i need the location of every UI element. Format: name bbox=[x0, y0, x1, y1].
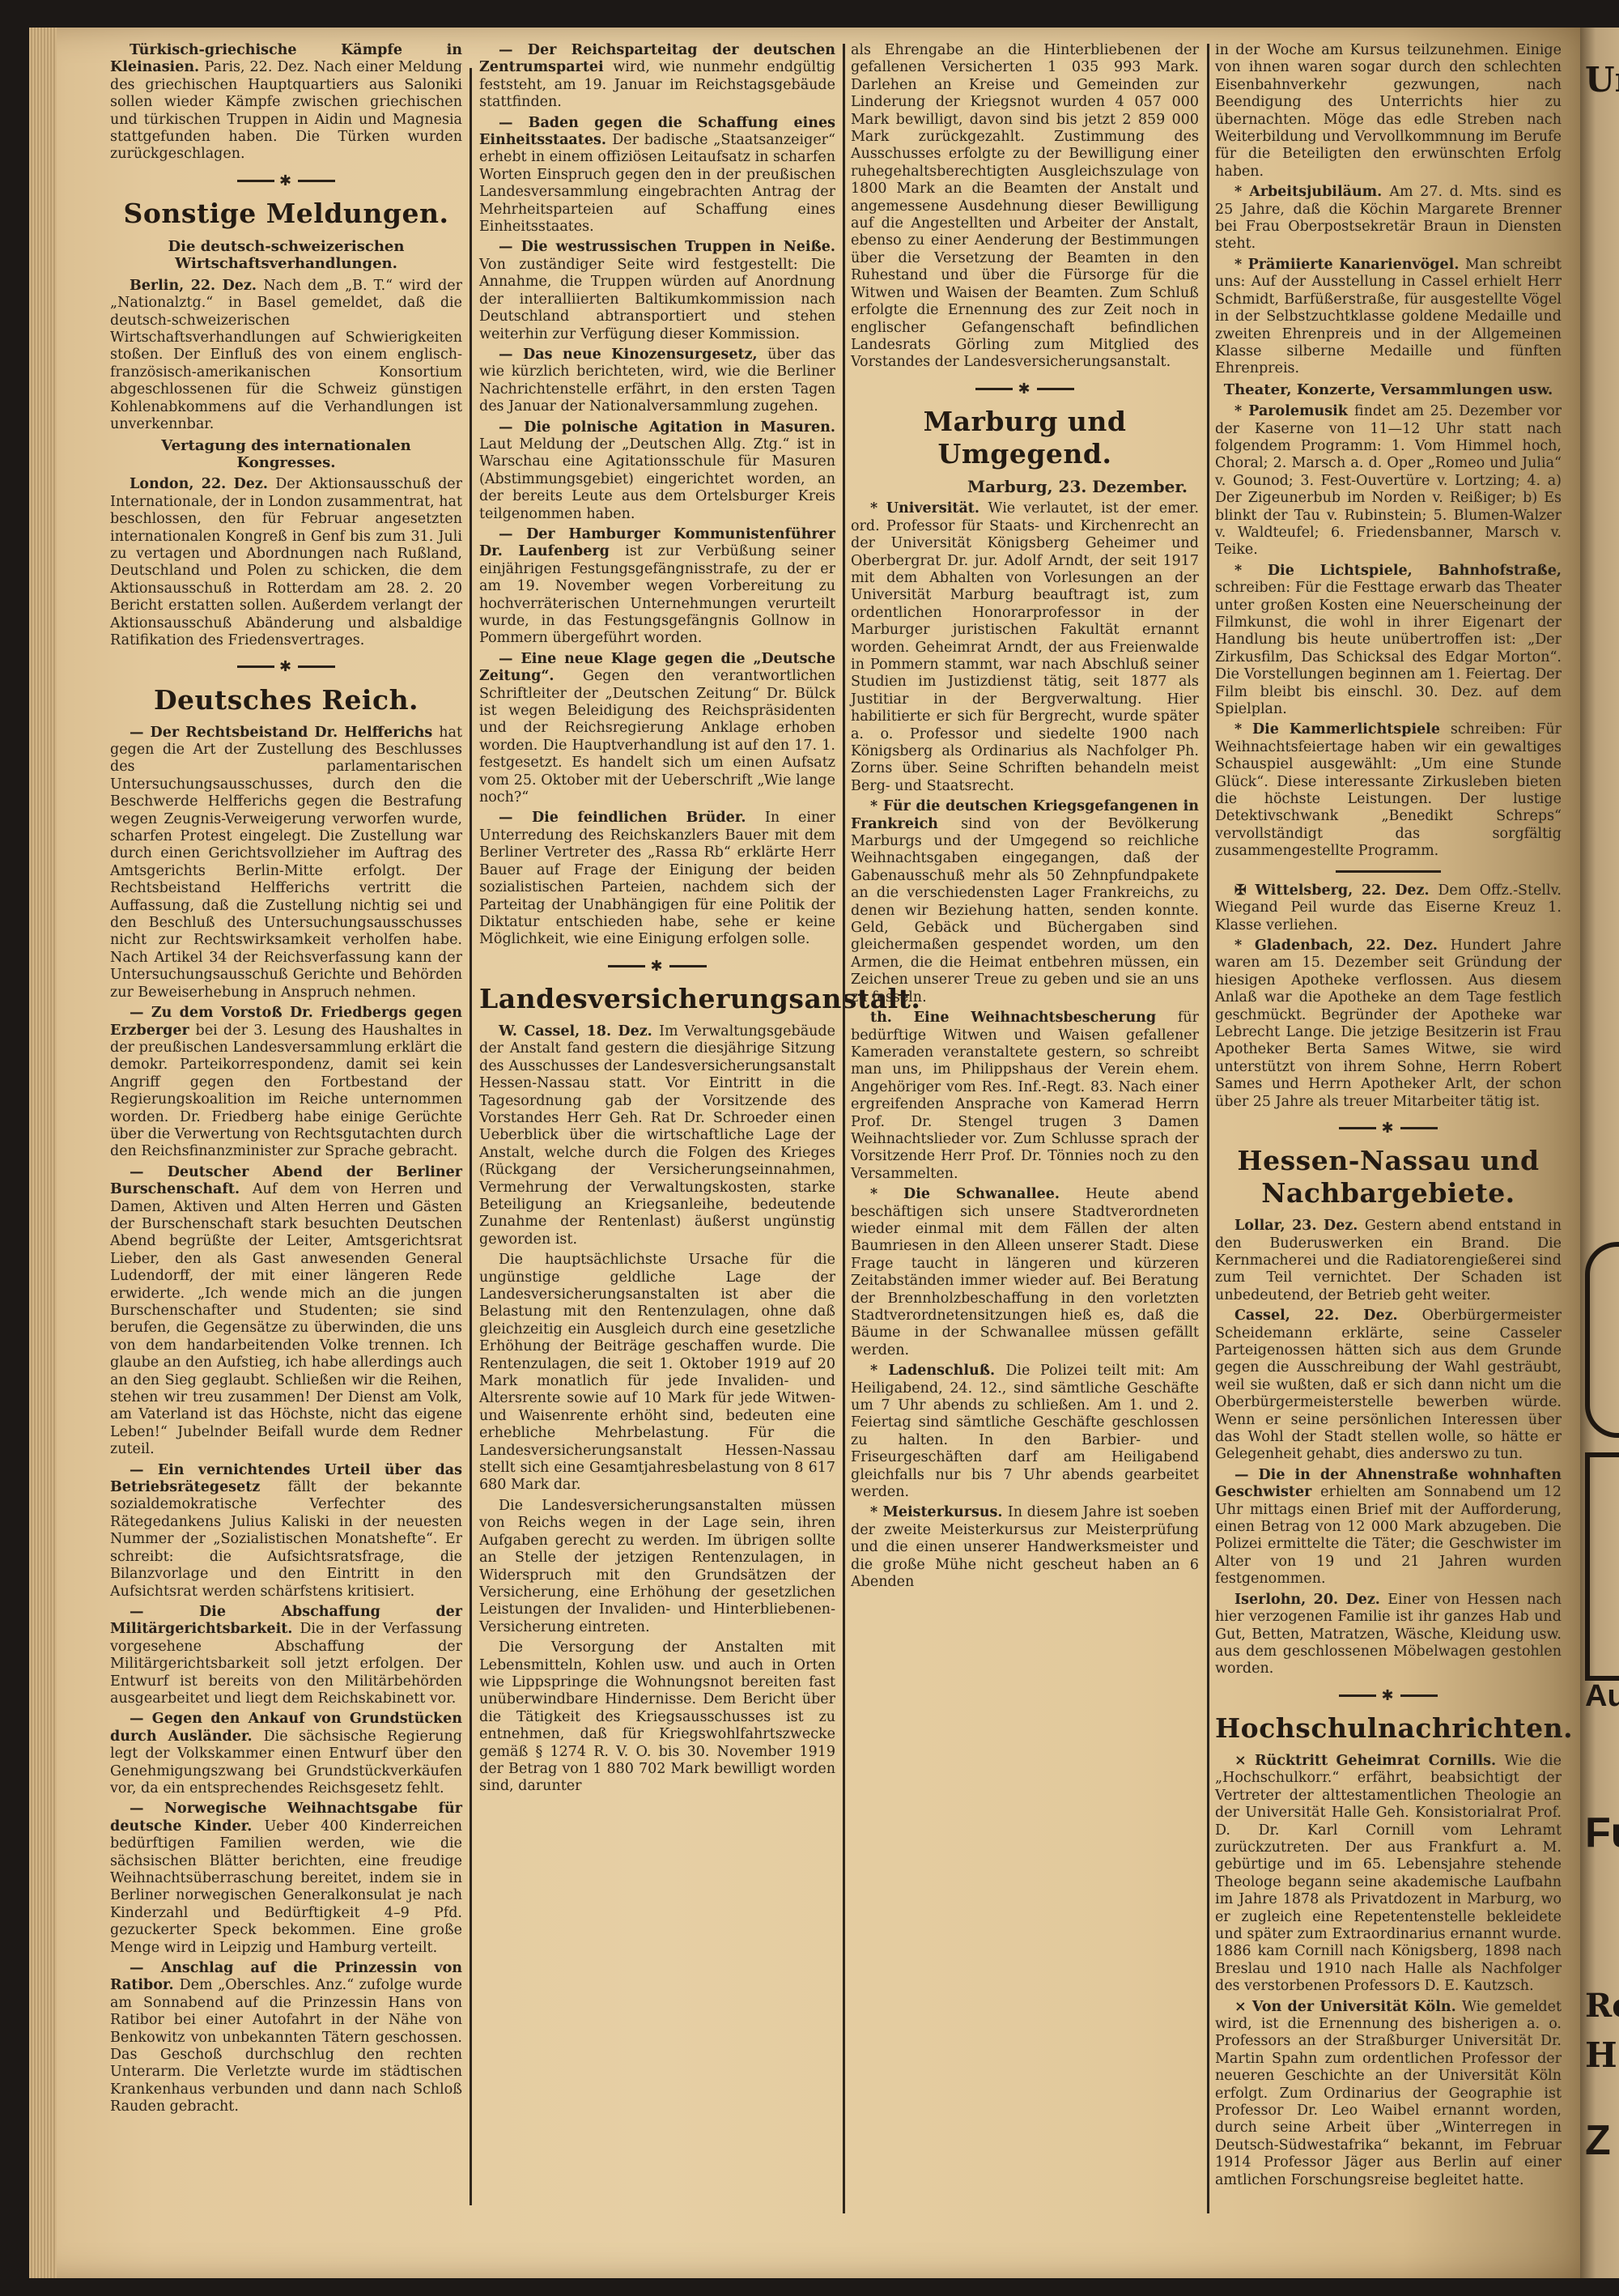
article-lead: — Das neue Kinozensurgesetz, bbox=[499, 347, 767, 363]
section-separator: ✱ bbox=[479, 957, 835, 975]
section-heading: Landesversicherungsanstalt. bbox=[479, 983, 835, 1015]
article-text: für bedürftige Witwen und Waisen gefalle… bbox=[851, 1010, 1199, 1182]
article-text: Die Versorgung der Anstalten mit Lebensm… bbox=[479, 1639, 835, 1794]
article-paragraph: — Der Rechtsbeistand Dr. Helfferichs hat… bbox=[110, 725, 462, 1002]
article-lead: * Arbeitsjubiläum. bbox=[1234, 184, 1389, 200]
column-3: als Ehrengabe an die Hinterbliebenen der… bbox=[851, 42, 1199, 1595]
adjacent-fragment: Fu bbox=[1585, 1809, 1619, 1857]
adjacent-fragment: Un bbox=[1585, 60, 1619, 100]
article-paragraph: Lollar, 23. Dez. Gestern abend entstand … bbox=[1215, 1218, 1562, 1304]
article-paragraph: Türkisch-griechische Kämpfe in Kleinasie… bbox=[110, 42, 462, 164]
section-separator: ✱ bbox=[110, 657, 462, 675]
section-separator: ✱ bbox=[110, 172, 462, 189]
article-paragraph: th. Eine Weihnachtsbescherung für bedürf… bbox=[851, 1010, 1199, 1183]
article-lead: Berlin, 22. Dez. bbox=[130, 278, 263, 294]
adjacent-fragment: H bbox=[1585, 2035, 1617, 2075]
adjacent-fragment: Re bbox=[1585, 1987, 1619, 2025]
article-text: Laut Meldung der „Deutschen Allg. Ztg.“ … bbox=[479, 436, 835, 522]
article-lead: * Ladenschluß. bbox=[870, 1363, 1005, 1379]
article-text: In einer Unterredung des Reichskanzlers … bbox=[479, 810, 835, 947]
article-paragraph: — Zu dem Vorstoß Dr. Friedbergs gegen Er… bbox=[110, 1005, 462, 1161]
column-1: Türkisch-griechische Kämpfe in Kleinasie… bbox=[110, 42, 462, 2120]
article-paragraph: * Gladenbach, 22. Dez. Hundert Jahre war… bbox=[1215, 938, 1562, 1111]
article-paragraph: Cassel, 22. Dez. Oberbürgermeister Schei… bbox=[1215, 1307, 1562, 1464]
article-text: Die Landesversicherungsanstalten müssen … bbox=[479, 1498, 835, 1635]
sub-heading: Die deutsch-schweizerischen Wirtschaftsv… bbox=[110, 238, 462, 273]
article-paragraph: * Ladenschluß. Die Polizei teilt mit: Am… bbox=[851, 1363, 1199, 1501]
article-text: fällt der bekannte sozialdemokratische V… bbox=[110, 1479, 462, 1599]
article-paragraph: London, 22. Dez. Der Aktionsausschuß der… bbox=[110, 476, 462, 649]
section-heading: Marburg und Umgegend. bbox=[851, 406, 1199, 470]
article-paragraph: — Norwegische Weihnachtsgabe für deutsch… bbox=[110, 1801, 462, 1957]
article-text: Der Aktionsausschuß der Internationale, … bbox=[110, 476, 462, 648]
article-text: Wie die „Hochschulkorr.“ erfährt, beabsi… bbox=[1215, 1753, 1562, 1994]
article-lead: — Der Rechtsbeistand Dr. Helfferichs bbox=[130, 725, 439, 741]
article-text: in der Woche am Kursus teilzunehmen. Ein… bbox=[1215, 42, 1562, 180]
article-text: Oberbürgermeister Scheidemann erklärte, … bbox=[1215, 1307, 1562, 1462]
article-paragraph: Die Landesversicherungsanstalten müssen … bbox=[479, 1498, 835, 1636]
article-text: Wie gemeldet wird, ist die Ernennung des… bbox=[1215, 1999, 1562, 2188]
article-text: schreiben: Für die Festtage erwarb das T… bbox=[1215, 580, 1562, 717]
article-lead: ✠ Wittelsberg, 22. Dez. bbox=[1234, 882, 1438, 899]
article-paragraph: W. Cassel, 18. Dez. Im Verwaltungsgebäud… bbox=[479, 1023, 835, 1248]
article-paragraph: * Die Schwanallee. Heute abend beschäfti… bbox=[851, 1186, 1199, 1359]
article-paragraph: Iserlohn, 20. Dez. Einer von Hessen nach… bbox=[1215, 1592, 1562, 1678]
article-text: Hundert Jahre waren am 15. Dezember seit… bbox=[1215, 938, 1562, 1110]
article-lead: * Gladenbach, 22. Dez. bbox=[1234, 938, 1451, 954]
article-text: sind von der Bevölkerung Marburgs und de… bbox=[851, 816, 1199, 1006]
adjacent-ad-frame bbox=[1585, 1452, 1619, 1681]
sub-heading: Theater, Konzerte, Versammlungen usw. bbox=[1215, 381, 1562, 398]
article-paragraph: * Für die deutschen Kriegsgefangenen in … bbox=[851, 798, 1199, 1006]
article-paragraph: * Die Kammerlichtspiele schreiben: Für W… bbox=[1215, 721, 1562, 860]
article-text: Die hauptsächlichste Ursache für die ung… bbox=[479, 1252, 835, 1493]
adjacent-page-edge: Un Au Fu Re H Z bbox=[1580, 28, 1619, 2278]
article-text: Von zuständiger Seite wird festgestellt:… bbox=[479, 257, 835, 342]
article-text: schreiben: Für Weihnachtsfeiertage haben… bbox=[1215, 721, 1562, 859]
article-text: Heute abend beschäftigen sich unsere Sta… bbox=[851, 1186, 1199, 1358]
article-paragraph: als Ehrengabe an die Hinterbliebenen der… bbox=[851, 42, 1199, 372]
section-heading: Sonstige Meldungen. bbox=[110, 198, 462, 230]
article-paragraph: — Die feindlichen Brüder. In einer Unter… bbox=[479, 810, 835, 948]
article-lead: * Parolemusik bbox=[1234, 403, 1354, 419]
article-paragraph: Berlin, 22. Dez. Nach dem „B. T.“ wird d… bbox=[110, 278, 462, 434]
article-paragraph: * Arbeitsjubiläum. Am 27. d. Mts. sind e… bbox=[1215, 184, 1562, 253]
article-paragraph: — Ein vernichtendes Urteil über das Betr… bbox=[110, 1462, 462, 1601]
adjacent-fragment: Au bbox=[1585, 1679, 1619, 1714]
article-text: Ueber 400 Kinderreichen bedürftigen Fami… bbox=[110, 1818, 462, 1956]
article-lead: * Die Schwanallee. bbox=[870, 1186, 1086, 1202]
article-text: findet am 25. Dezember vor der Kaserne v… bbox=[1215, 403, 1562, 558]
article-paragraph: * Prämiierte Kanarienvögel. Man schreibt… bbox=[1215, 257, 1562, 378]
article-lead: * Universität. bbox=[870, 500, 988, 517]
article-paragraph: Die hauptsächlichste Ursache für die ung… bbox=[479, 1252, 835, 1495]
article-lead: * Meisterkursus. bbox=[870, 1504, 1008, 1520]
article-text: Nach dem „B. T.“ wird der „Nationalztg.“… bbox=[110, 278, 462, 432]
article-text: hat gegen die Art der Zustellung des Bes… bbox=[110, 725, 462, 1001]
article-lead: — Die feindlichen Brüder. bbox=[499, 810, 765, 826]
article-paragraph: in der Woche am Kursus teilzunehmen. Ein… bbox=[1215, 42, 1562, 181]
article-lead: * Die Kammerlichtspiele bbox=[1234, 721, 1451, 738]
article-paragraph: * Universität. Wie verlautet, ist der em… bbox=[851, 500, 1199, 795]
article-paragraph: — Der Hamburger Kommunistenführer Dr. La… bbox=[479, 526, 835, 648]
section-separator: ✱ bbox=[1215, 1119, 1562, 1137]
section-separator: ✱ bbox=[1215, 1686, 1562, 1704]
article-lead: × Von der Universität Köln. bbox=[1234, 1999, 1462, 2015]
article-paragraph: — Eine neue Klage gegen die „Deutsche Ze… bbox=[479, 651, 835, 807]
column-rule-1 bbox=[470, 68, 472, 2205]
article-lead: * Prämiierte Kanarienvögel. bbox=[1234, 257, 1465, 273]
section-heading: Hochschulnachrichten. bbox=[1215, 1712, 1562, 1745]
article-paragraph: — Gegen den Ankauf von Grundstücken durc… bbox=[110, 1711, 462, 1797]
adjacent-ad-frame bbox=[1585, 1242, 1619, 1438]
article-paragraph: — Die Abschaffung der Militärgerichtsbar… bbox=[110, 1604, 462, 1707]
newspaper-page: Türkisch-griechische Kämpfe in Kleinasie… bbox=[29, 28, 1590, 2278]
section-heading: Hessen-Nassau und Nachbargebiete. bbox=[1215, 1145, 1562, 1210]
article-text: als Ehrengabe an die Hinterbliebenen der… bbox=[851, 42, 1199, 370]
article-paragraph: × Von der Universität Köln. Wie gemeldet… bbox=[1215, 1999, 1562, 2189]
article-paragraph: — Die westrussischen Truppen in Neiße. V… bbox=[479, 239, 835, 342]
article-lead: — Die polnische Agitation in Masuren. bbox=[499, 419, 835, 436]
article-text: Im Verwaltungsgebäude der Anstalt fand g… bbox=[479, 1023, 835, 1248]
article-text: Die Polizei teilt mit: Am Heiligabend, 2… bbox=[851, 1363, 1199, 1500]
article-paragraph: * Die Lichtspiele, Bahnhofstraße, schrei… bbox=[1215, 563, 1562, 719]
adjacent-fragment: Z bbox=[1585, 2116, 1611, 2165]
article-paragraph: ✠ Wittelsberg, 22. Dez. Dem Offz.-Stellv… bbox=[1215, 882, 1562, 934]
article-text: Wie verlautet, ist der emer. ord. Profes… bbox=[851, 500, 1199, 794]
article-text: Auf dem von Herren und Damen, Aktiven un… bbox=[110, 1181, 462, 1457]
article-lead: London, 22. Dez. bbox=[130, 476, 275, 492]
article-text: Man schreibt uns: Auf der Ausstellung in… bbox=[1215, 257, 1562, 376]
article-text: bei der 3. Lesung des Haushaltes in der … bbox=[110, 1023, 462, 1160]
article-lead: * Die Lichtspiele, Bahnhofstraße, bbox=[1234, 563, 1562, 579]
article-paragraph: — Deutscher Abend der Berliner Burschens… bbox=[110, 1164, 462, 1459]
article-paragraph: — Die polnische Agitation in Masuren. La… bbox=[479, 419, 835, 523]
column-4: in der Woche am Kursus teilzunehmen. Ein… bbox=[1215, 42, 1562, 2192]
article-lead: th. Eine Weihnachtsbescherung bbox=[870, 1010, 1178, 1026]
article-paragraph: Die Versorgung der Anstalten mit Lebensm… bbox=[479, 1639, 835, 1796]
article-paragraph: — Der Reichsparteitag der deutschen Zent… bbox=[479, 42, 835, 112]
article-text: Gegen den verantwortlichen Schriftleiter… bbox=[479, 668, 835, 806]
column-rule-3 bbox=[1207, 44, 1209, 2213]
article-lead: × Rücktritt Geheimrat Cornills. bbox=[1234, 1753, 1504, 1769]
article-text: Dem „Oberschles. Anz.“ zufolge wurde am … bbox=[110, 1977, 462, 2115]
article-lead: Iserlohn, 20. Dez. bbox=[1234, 1592, 1387, 1608]
article-lead: Lollar, 23. Dez. bbox=[1234, 1218, 1365, 1234]
column-2: — Der Reichsparteitag der deutschen Zent… bbox=[479, 42, 835, 1799]
article-paragraph: × Rücktritt Geheimrat Cornills. Wie die … bbox=[1215, 1753, 1562, 1996]
article-paragraph: — Anschlag auf die Prinzessin von Ratibo… bbox=[110, 1960, 462, 2116]
sub-heading: Vertagung des internationalen Kongresses… bbox=[110, 437, 462, 472]
section-separator: ✱ bbox=[851, 380, 1199, 398]
divider-rule bbox=[1336, 870, 1441, 873]
article-paragraph: * Parolemusik findet am 25. Dezember vor… bbox=[1215, 403, 1562, 559]
article-paragraph: — Baden gegen die Schaffung eines Einhei… bbox=[479, 115, 835, 236]
article-lead: W. Cassel, 18. Dez. bbox=[499, 1023, 659, 1040]
article-paragraph: * Meisterkursus. In diesem Jahre ist soe… bbox=[851, 1504, 1199, 1591]
article-paragraph: — Die in der Ahnenstraße wohnhaften Gesc… bbox=[1215, 1467, 1562, 1588]
article-paragraph: — Das neue Kinozensurgesetz, über das wi… bbox=[479, 347, 835, 416]
column-rule-2 bbox=[843, 44, 845, 2213]
article-lead: — Die westrussischen Truppen in Neiße. bbox=[499, 239, 835, 255]
page-stack-edge bbox=[29, 28, 57, 2278]
section-heading: Deutsches Reich. bbox=[110, 684, 462, 716]
article-lead: Cassel, 22. Dez. bbox=[1234, 1307, 1422, 1324]
dateline: Marburg, 23. Dezember. bbox=[851, 478, 1188, 495]
